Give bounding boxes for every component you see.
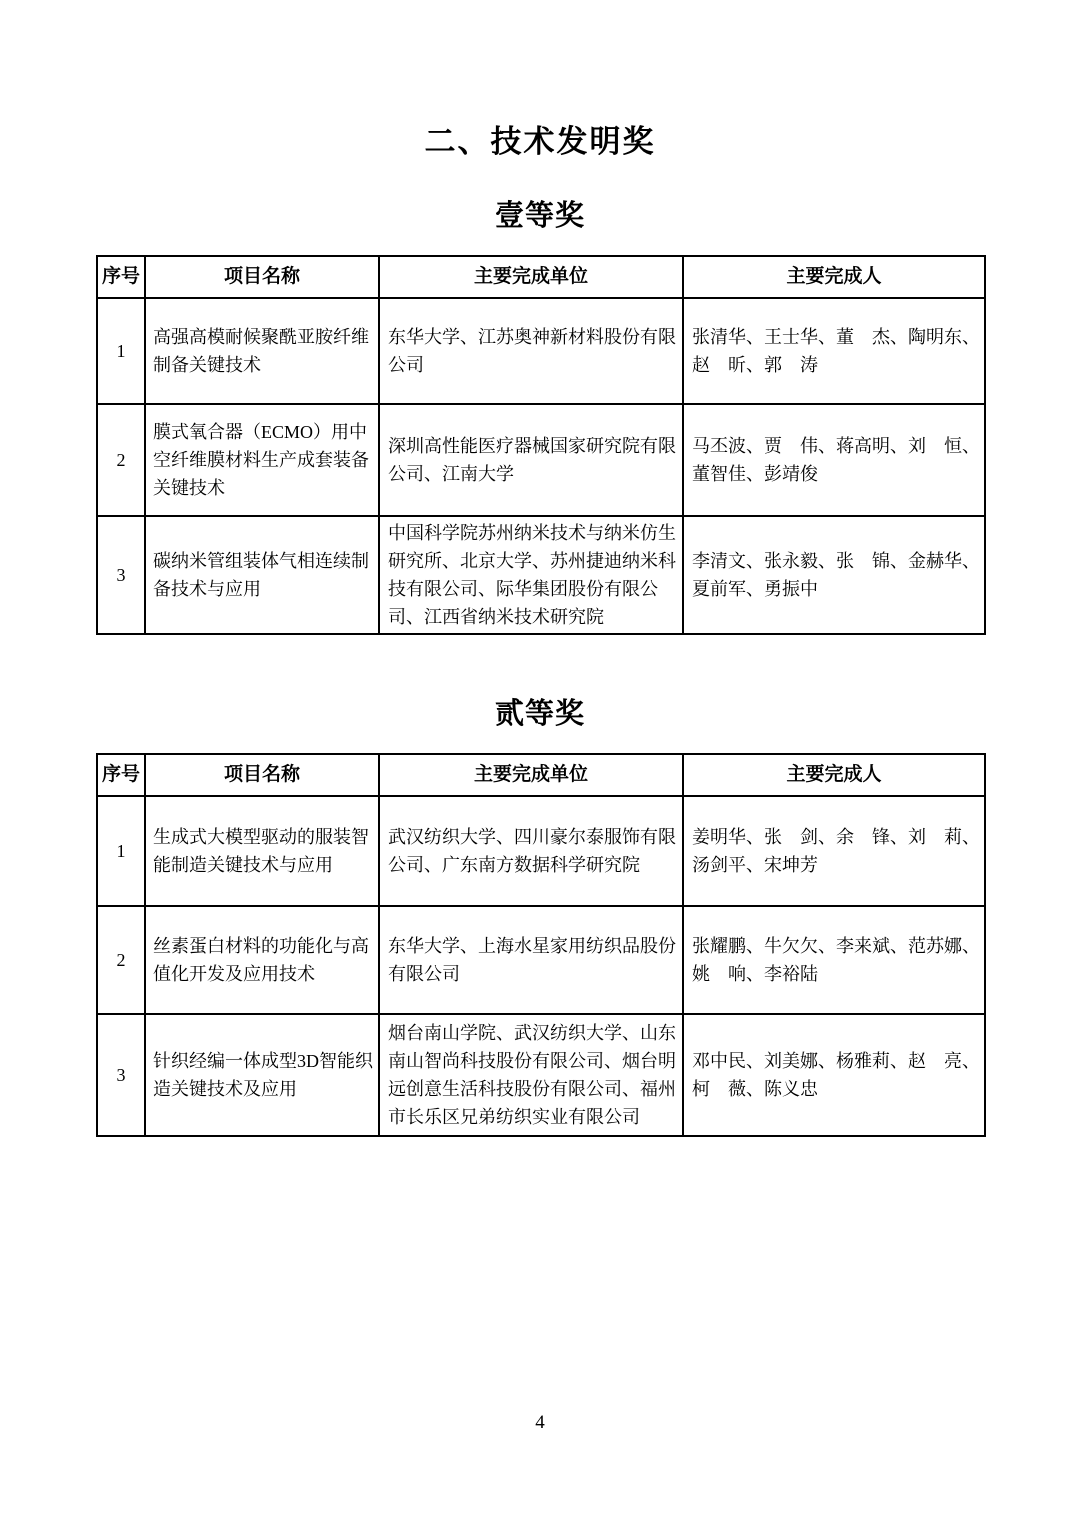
document-page: 二、技术发明奖 壹等奖 序号项目名称主要完成单位主要完成人 1高强高模耐候聚酰亚… bbox=[0, 0, 1080, 1528]
main-people: 张耀鹏、牛欠欠、李来斌、范苏娜、姚 响、李裕陆 bbox=[683, 906, 985, 1014]
first-prize-table: 序号项目名称主要完成单位主要完成人 1高强高模耐候聚酰亚胺纤维制备关键技术东华大… bbox=[96, 255, 986, 635]
table-row: 2膜式氧合器（ECMO）用中空纤维膜材料生产成套装备关键技术深圳高性能医疗器械国… bbox=[97, 404, 985, 516]
column-header: 序号 bbox=[97, 256, 145, 298]
main-people: 张清华、王士华、董 杰、陶明东、赵 昕、郭 涛 bbox=[683, 298, 985, 404]
main-units: 东华大学、江苏奥神新材料股份有限公司 bbox=[379, 298, 683, 404]
section-heading-first-prize: 壹等奖 bbox=[0, 193, 1080, 234]
row-number: 3 bbox=[97, 516, 145, 634]
row-number: 1 bbox=[97, 796, 145, 906]
second-prize-table: 序号项目名称主要完成单位主要完成人 1生成式大模型驱动的服装智能制造关键技术与应… bbox=[96, 753, 986, 1137]
main-units: 烟台南山学院、武汉纺织大学、山东南山智尚科技股份有限公司、烟台明远创意生活科技股… bbox=[379, 1014, 683, 1136]
main-people: 邓中民、刘美娜、杨雅莉、赵 亮、柯 薇、陈义忠 bbox=[683, 1014, 985, 1136]
column-header: 主要完成单位 bbox=[379, 256, 683, 298]
project-name: 生成式大模型驱动的服装智能制造关键技术与应用 bbox=[145, 796, 379, 906]
row-number: 2 bbox=[97, 404, 145, 516]
column-header: 项目名称 bbox=[145, 754, 379, 796]
table-row: 2丝素蛋白材料的功能化与高值化开发及应用技术东华大学、上海水星家用纺织品股份有限… bbox=[97, 906, 985, 1014]
project-name: 高强高模耐候聚酰亚胺纤维制备关键技术 bbox=[145, 298, 379, 404]
column-header: 项目名称 bbox=[145, 256, 379, 298]
project-name: 针织经编一体成型3D智能织造关键技术及应用 bbox=[145, 1014, 379, 1136]
main-people: 马丕波、贾 伟、蒋高明、刘 恒、董智佳、彭靖俊 bbox=[683, 404, 985, 516]
main-units: 东华大学、上海水星家用纺织品股份有限公司 bbox=[379, 906, 683, 1014]
row-number: 2 bbox=[97, 906, 145, 1014]
column-header: 主要完成人 bbox=[683, 754, 985, 796]
page-number: 4 bbox=[0, 1412, 1080, 1434]
table-row: 1生成式大模型驱动的服装智能制造关键技术与应用武汉纺织大学、四川豪尔泰服饰有限公… bbox=[97, 796, 985, 906]
table-row: 1高强高模耐候聚酰亚胺纤维制备关键技术东华大学、江苏奥神新材料股份有限公司张清华… bbox=[97, 298, 985, 404]
project-name: 膜式氧合器（ECMO）用中空纤维膜材料生产成套装备关键技术 bbox=[145, 404, 379, 516]
row-number: 1 bbox=[97, 298, 145, 404]
column-header: 主要完成人 bbox=[683, 256, 985, 298]
project-name: 碳纳米管组装体气相连续制备技术与应用 bbox=[145, 516, 379, 634]
table-row: 3碳纳米管组装体气相连续制备技术与应用中国科学院苏州纳米技术与纳米仿生研究所、北… bbox=[97, 516, 985, 634]
table-header-row: 序号项目名称主要完成单位主要完成人 bbox=[97, 754, 985, 796]
table-row: 3针织经编一体成型3D智能织造关键技术及应用烟台南山学院、武汉纺织大学、山东南山… bbox=[97, 1014, 985, 1136]
main-people: 姜明华、张 剑、余 锋、刘 莉、汤剑平、宋坤芳 bbox=[683, 796, 985, 906]
page-title: 二、技术发明奖 bbox=[0, 0, 1080, 161]
main-units: 深圳高性能医疗器械国家研究院有限公司、江南大学 bbox=[379, 404, 683, 516]
column-header: 序号 bbox=[97, 754, 145, 796]
project-name: 丝素蛋白材料的功能化与高值化开发及应用技术 bbox=[145, 906, 379, 1014]
column-header: 主要完成单位 bbox=[379, 754, 683, 796]
main-units: 武汉纺织大学、四川豪尔泰服饰有限公司、广东南方数据科学研究院 bbox=[379, 796, 683, 906]
main-units: 中国科学院苏州纳米技术与纳米仿生研究所、北京大学、苏州捷迪纳米科技有限公司、际华… bbox=[379, 516, 683, 634]
table-header-row: 序号项目名称主要完成单位主要完成人 bbox=[97, 256, 985, 298]
section-heading-second-prize: 贰等奖 bbox=[0, 691, 1080, 732]
row-number: 3 bbox=[97, 1014, 145, 1136]
main-people: 李清文、张永毅、张 锦、金赫华、夏前军、勇振中 bbox=[683, 516, 985, 634]
